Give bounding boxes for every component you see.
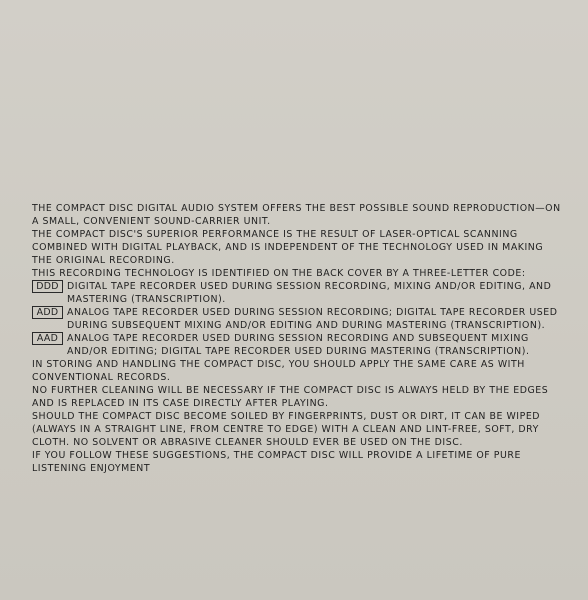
code-item-ddd: DDD DIGITAL TAPE RECORDER USED DURING SE… bbox=[32, 280, 562, 306]
code-badge: DDD bbox=[32, 280, 63, 293]
intro-paragraph-sound-system: THE COMPACT DISC DIGITAL AUDIO SYSTEM OF… bbox=[32, 202, 562, 228]
code-description: ANALOG TAPE RECORDER USED DURING SESSION… bbox=[67, 332, 562, 358]
code-description: ANALOG TAPE RECORDER USED DURING SESSION… bbox=[67, 306, 562, 332]
code-badge: AAD bbox=[32, 332, 63, 345]
care-paragraph-wiping: SHOULD THE COMPACT DISC BECOME SOILED BY… bbox=[32, 410, 562, 449]
intro-paragraph-performance: THE COMPACT DISC'S SUPERIOR PERFORMANCE … bbox=[32, 228, 562, 267]
intro-paragraph-code-explanation: THIS RECORDING TECHNOLOGY IS IDENTIFIED … bbox=[32, 267, 562, 280]
care-paragraph-cleaning: NO FURTHER CLEANING WILL BE NECESSARY IF… bbox=[32, 384, 562, 410]
care-paragraph-enjoyment: IF YOU FOLLOW THESE SUGGESTIONS, THE COM… bbox=[32, 449, 562, 475]
cd-info-text-block: THE COMPACT DISC DIGITAL AUDIO SYSTEM OF… bbox=[32, 202, 562, 475]
code-item-add: ADD ANALOG TAPE RECORDER USED DURING SES… bbox=[32, 306, 562, 332]
care-paragraph-storing: IN STORING AND HANDLING THE COMPACT DISC… bbox=[32, 358, 562, 384]
code-description: DIGITAL TAPE RECORDER USED DURING SESSIO… bbox=[67, 280, 562, 306]
code-item-aad: AAD ANALOG TAPE RECORDER USED DURING SES… bbox=[32, 332, 562, 358]
code-badge: ADD bbox=[32, 306, 63, 319]
